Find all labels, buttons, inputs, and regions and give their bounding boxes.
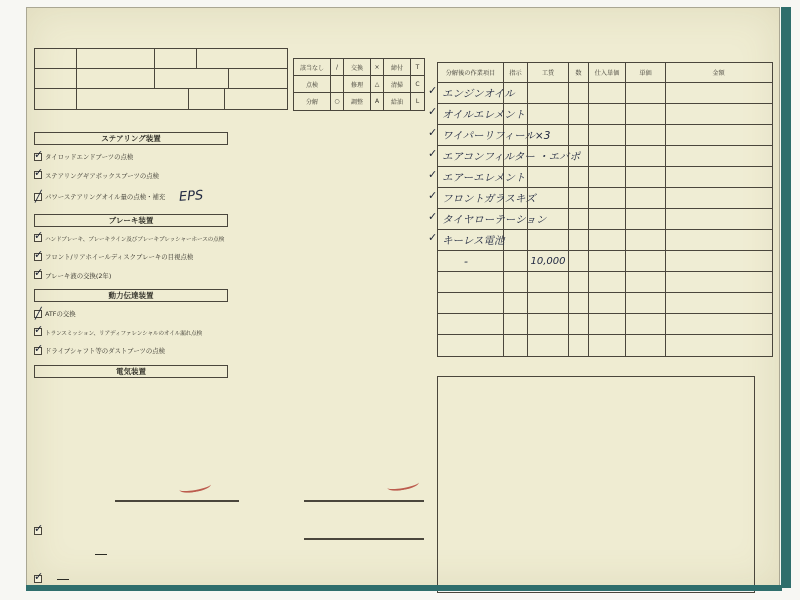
item-label: フロント/リアホイールディスクブレーキの目視点検 xyxy=(45,252,193,261)
estimate-cell xyxy=(438,314,504,334)
estimate-row: ✓エアーエレメント xyxy=(438,167,772,188)
legend-cell: 締付 xyxy=(384,59,411,75)
estimate-cell: ✓タイヤローテーション xyxy=(438,209,504,229)
reg-no-label xyxy=(35,49,77,68)
estimate-column-header: 金額 xyxy=(666,63,771,82)
legend-row: 点検修理△清掃C xyxy=(294,76,424,93)
estimate-cell xyxy=(569,104,589,124)
estimate-cell xyxy=(589,146,626,166)
estimate-cell xyxy=(569,83,589,103)
estimate-cell xyxy=(528,188,569,208)
estimate-cell: ✓エアコンフィルター ・エバポ xyxy=(438,146,504,166)
check-item-row: パワーステアリングオイル量の点検・補充EPS xyxy=(34,189,228,204)
estimate-cell xyxy=(589,125,626,145)
estimate-cell xyxy=(589,104,626,124)
checkbox xyxy=(34,347,42,355)
check-mark-icon: ✓ xyxy=(428,189,437,202)
model-color-label xyxy=(35,69,77,88)
estimate-cell xyxy=(528,314,569,334)
estimate-cell xyxy=(666,251,771,271)
legend-cell: 調整 xyxy=(344,93,371,110)
estimate-cell xyxy=(626,293,666,313)
section-header: ステアリング装置 xyxy=(34,132,228,145)
checkbox xyxy=(34,253,42,261)
estimate-cell xyxy=(528,209,569,229)
checkbox xyxy=(34,527,42,535)
estimate-cell xyxy=(569,209,589,229)
tire-size-row xyxy=(89,553,107,555)
estimate-row: ✓タイヤローテーション xyxy=(438,209,772,230)
legend-cell xyxy=(331,76,344,92)
estimate-cell xyxy=(666,167,771,187)
check-item-row: ドライブシャフト等のダストブーツの点検 xyxy=(34,346,228,355)
estimate-cell xyxy=(666,146,771,166)
item-label: ATFの交換 xyxy=(45,309,76,318)
estimate-row: ✓フロントガラスキズ xyxy=(438,188,772,209)
tire-depth-table xyxy=(115,500,239,502)
estimate-cell xyxy=(528,104,569,124)
estimate-cell xyxy=(504,83,528,103)
handwritten-note: EPS xyxy=(179,188,204,205)
estimate-cell xyxy=(589,167,626,187)
estimate-row xyxy=(438,293,772,314)
estimate-cell xyxy=(589,335,626,356)
item-label: ドライブシャフト等のダストブーツの点検 xyxy=(45,346,165,355)
estimate-wage-value: 10,000 xyxy=(531,256,566,267)
estimate-column-header: 仕入単価 xyxy=(589,63,626,82)
item-label: ブレーキ液の交換(2年) xyxy=(45,271,111,280)
estimate-cell xyxy=(528,125,569,145)
estimate-row: ✓エンジンオイル xyxy=(438,83,772,104)
estimate-cell xyxy=(626,83,666,103)
estimate-total-dash: - xyxy=(464,255,468,268)
estimate-cell xyxy=(504,104,528,124)
estimate-cell xyxy=(666,209,771,229)
scan-edge-strip xyxy=(26,585,782,591)
estimate-cell xyxy=(569,230,589,250)
estimate-cell: 10,000 xyxy=(528,251,569,271)
estimate-cell xyxy=(626,230,666,250)
estimate-row: ✓エアコンフィルター ・エバポ xyxy=(438,146,772,167)
check-item-row: タイロッドエンドブーツの点検 xyxy=(34,152,228,161)
estimate-cell xyxy=(626,125,666,145)
legend-cell: △ xyxy=(371,76,384,92)
estimate-cell xyxy=(438,293,504,313)
red-pen-mark xyxy=(386,477,419,492)
vehicle-row xyxy=(35,69,287,89)
estimate-cell xyxy=(504,188,528,208)
estimate-cell: ✓オイルエレメント xyxy=(438,104,504,124)
estimate-cell xyxy=(626,104,666,124)
estimate-cell xyxy=(504,230,528,250)
estimate-item-value: キーレス電池 xyxy=(442,233,504,248)
estimate-cell xyxy=(569,314,589,334)
estimate-cell xyxy=(504,272,528,292)
estimate-cell xyxy=(528,293,569,313)
checkbox xyxy=(34,271,42,279)
legend-cell: × xyxy=(371,59,384,75)
estimate-row xyxy=(438,272,772,293)
estimate-cell: - xyxy=(438,251,504,271)
checkbox xyxy=(34,193,42,201)
brake-disc-table xyxy=(304,538,424,540)
estimate-row: ✓ワイパーリフィール×3 xyxy=(438,125,772,146)
checkbox xyxy=(34,234,42,242)
estimate-row xyxy=(438,314,772,335)
estimate-cell xyxy=(666,293,771,313)
scan-edge-strip xyxy=(781,7,791,588)
estimate-cell xyxy=(626,314,666,334)
estimate-cell xyxy=(589,188,626,208)
item-label: トランスミッション、リアディファレンシャルのオイル漏れ点検 xyxy=(45,328,202,337)
check-mark-icon: ✓ xyxy=(428,126,437,139)
estimate-column-header: 分解後の作業項目 xyxy=(438,63,504,82)
left-check-column: ステアリング装置タイロッドエンドブーツの点検ステアリングギアボックスブーツの点検… xyxy=(34,130,228,385)
estimate-header-row: 分解後の作業項目指示工賃数仕入単価単価金額 xyxy=(438,63,772,83)
etc-row xyxy=(34,575,69,583)
check-mark-icon: ✓ xyxy=(428,231,437,244)
estimate-cell xyxy=(626,251,666,271)
legend-cell: 給油 xyxy=(384,93,411,110)
estimate-cell xyxy=(504,167,528,187)
estimate-cell: ✓エンジンオイル xyxy=(438,83,504,103)
estimate-cell xyxy=(666,104,771,124)
estimate-cell: ✓フロントガラスキズ xyxy=(438,188,504,208)
check-item-row: ハンドブレーキ、ブレーキライン及びブレーキプレッシャーホースの点検 xyxy=(34,234,228,243)
estimate-column-header: 数 xyxy=(569,63,589,82)
estimate-column-header: 指示 xyxy=(504,63,528,82)
check-item-row: ブレーキ液の交換(2年) xyxy=(34,271,228,280)
estimate-cell xyxy=(504,293,528,313)
check-item-row: ステアリングギアボックスブーツの点検 xyxy=(34,171,228,180)
item-label: タイロッドエンドブーツの点検 xyxy=(45,152,133,161)
red-pen-mark xyxy=(178,479,211,494)
estimate-cell xyxy=(528,272,569,292)
estimate-cell xyxy=(626,272,666,292)
estimate-cell xyxy=(504,251,528,271)
estimate-cell xyxy=(666,272,771,292)
estimate-cell xyxy=(504,125,528,145)
item-label: ハンドブレーキ、ブレーキライン及びブレーキプレッシャーホースの点検 xyxy=(45,234,224,243)
symbol-legend-table: 該当なし/交換×締付T点検修理△清掃C分解○調整A給油L xyxy=(293,58,425,111)
legend-cell: ○ xyxy=(331,93,344,110)
vehicle-row xyxy=(35,49,287,69)
estimate-cell xyxy=(666,125,771,145)
legend-cell: / xyxy=(331,59,344,75)
checkbox xyxy=(34,328,42,336)
estimate-cell xyxy=(569,293,589,313)
estimate-cell xyxy=(569,146,589,166)
estimate-cell xyxy=(626,188,666,208)
estimate-cell: ✓ワイパーリフィール×3 xyxy=(438,125,504,145)
estimate-column-header: 単価 xyxy=(626,63,666,82)
check-mark-icon: ✓ xyxy=(428,105,437,118)
estimate-cell xyxy=(438,272,504,292)
receiver-label xyxy=(189,89,225,109)
estimate-cell xyxy=(626,209,666,229)
check-mark-icon: ✓ xyxy=(428,168,437,181)
estimate-cell xyxy=(589,209,626,229)
legend-cell: 修理 xyxy=(344,76,371,92)
tire-size-value xyxy=(95,553,107,555)
estimate-row xyxy=(438,335,772,356)
estimate-cell xyxy=(589,293,626,313)
legend-cell: T xyxy=(411,59,424,75)
inspection-form-page: 該当なし/交換×締付T点検修理△清掃C分解○調整A給油L 分解後の作業項目指示工… xyxy=(26,7,780,587)
dashcam-check-row xyxy=(34,527,45,535)
vehicle-info-table xyxy=(34,48,288,110)
estimate-row: ✓オイルエレメント xyxy=(438,104,772,125)
legend-cell: L xyxy=(411,93,424,110)
estimate-cell xyxy=(666,314,771,334)
estimate-cell xyxy=(504,146,528,166)
estimate-cell xyxy=(504,209,528,229)
legend-row: 分解○調整A給油L xyxy=(294,93,424,110)
estimate-cell xyxy=(666,188,771,208)
check-mark-icon: ✓ xyxy=(428,147,437,160)
checkbox xyxy=(34,310,42,318)
estimate-panel: 分解後の作業項目指示工賃数仕入単価単価金額✓エンジンオイル✓オイルエレメント✓ワ… xyxy=(437,58,773,357)
item-label: ステアリングギアボックスブーツの点検 xyxy=(45,171,159,180)
check-mark-icon: ✓ xyxy=(428,84,437,97)
estimate-cell xyxy=(569,272,589,292)
legend-cell: C xyxy=(411,76,424,92)
estimate-row: ✓キーレス電池 xyxy=(438,230,772,251)
estimate-cell: ✓キーレス電池 xyxy=(438,230,504,250)
estimate-cell xyxy=(589,272,626,292)
estimate-cell xyxy=(569,125,589,145)
estimate-cell xyxy=(666,335,771,356)
legend-cell: 該当なし xyxy=(294,59,331,75)
check-item-row: トランスミッション、リアディファレンシャルのオイル漏れ点検 xyxy=(34,328,228,337)
estimate-cell xyxy=(528,167,569,187)
brake-pad-table xyxy=(304,500,424,502)
estimate-cell xyxy=(589,314,626,334)
estimate-cell xyxy=(569,167,589,187)
section-header: 動力伝達装置 xyxy=(34,289,228,302)
legend-cell: 分解 xyxy=(294,93,331,110)
section-header: 電気装置 xyxy=(34,365,228,378)
estimate-cell xyxy=(569,251,589,271)
estimate-cell xyxy=(528,335,569,356)
estimate-cell xyxy=(504,335,528,356)
receive-date-label xyxy=(35,89,77,109)
estimate-row: -10,000 xyxy=(438,251,772,272)
check-item-row: フロント/リアホイールディスクブレーキの目視点検 xyxy=(34,252,228,261)
check-mark-icon: ✓ xyxy=(428,210,437,223)
estimate-cell xyxy=(569,335,589,356)
estimate-cell xyxy=(589,83,626,103)
legend-row: 該当なし/交換×締付T xyxy=(294,59,424,76)
estimate-cell xyxy=(528,230,569,250)
body-no-label xyxy=(155,49,197,68)
section-header: ブレーキ装置 xyxy=(34,214,228,227)
estimate-cell xyxy=(438,335,504,356)
estimate-cell xyxy=(528,83,569,103)
estimate-cell xyxy=(626,167,666,187)
estimate-cell xyxy=(626,335,666,356)
item-label: パワーステアリングオイル量の点検・補充 xyxy=(45,192,165,201)
estimate-cell xyxy=(626,146,666,166)
legend-cell: A xyxy=(371,93,384,110)
estimate-cell xyxy=(589,230,626,250)
estimate-table: 分解後の作業項目指示工賃数仕入単価単価金額✓エンジンオイル✓オイルエレメント✓ワ… xyxy=(437,62,773,357)
legend-cell: 点検 xyxy=(294,76,331,92)
checkbox xyxy=(34,171,42,179)
vehicle-row xyxy=(35,89,287,109)
legend-cell: 清掃 xyxy=(384,76,411,92)
estimate-column-header: 工賃 xyxy=(528,63,569,82)
estimate-cell xyxy=(504,314,528,334)
estimate-cell xyxy=(569,188,589,208)
estimate-cell xyxy=(528,146,569,166)
remarks-box xyxy=(437,376,755,593)
checkbox xyxy=(34,153,42,161)
estimate-cell: ✓エアーエレメント xyxy=(438,167,504,187)
estimate-cell xyxy=(589,251,626,271)
check-item-row: ATFの交換 xyxy=(34,309,228,318)
etc-no-value xyxy=(57,578,69,580)
estimate-cell xyxy=(666,230,771,250)
estimate-cell xyxy=(666,83,771,103)
checkbox xyxy=(34,575,42,583)
legend-cell: 交換 xyxy=(344,59,371,75)
